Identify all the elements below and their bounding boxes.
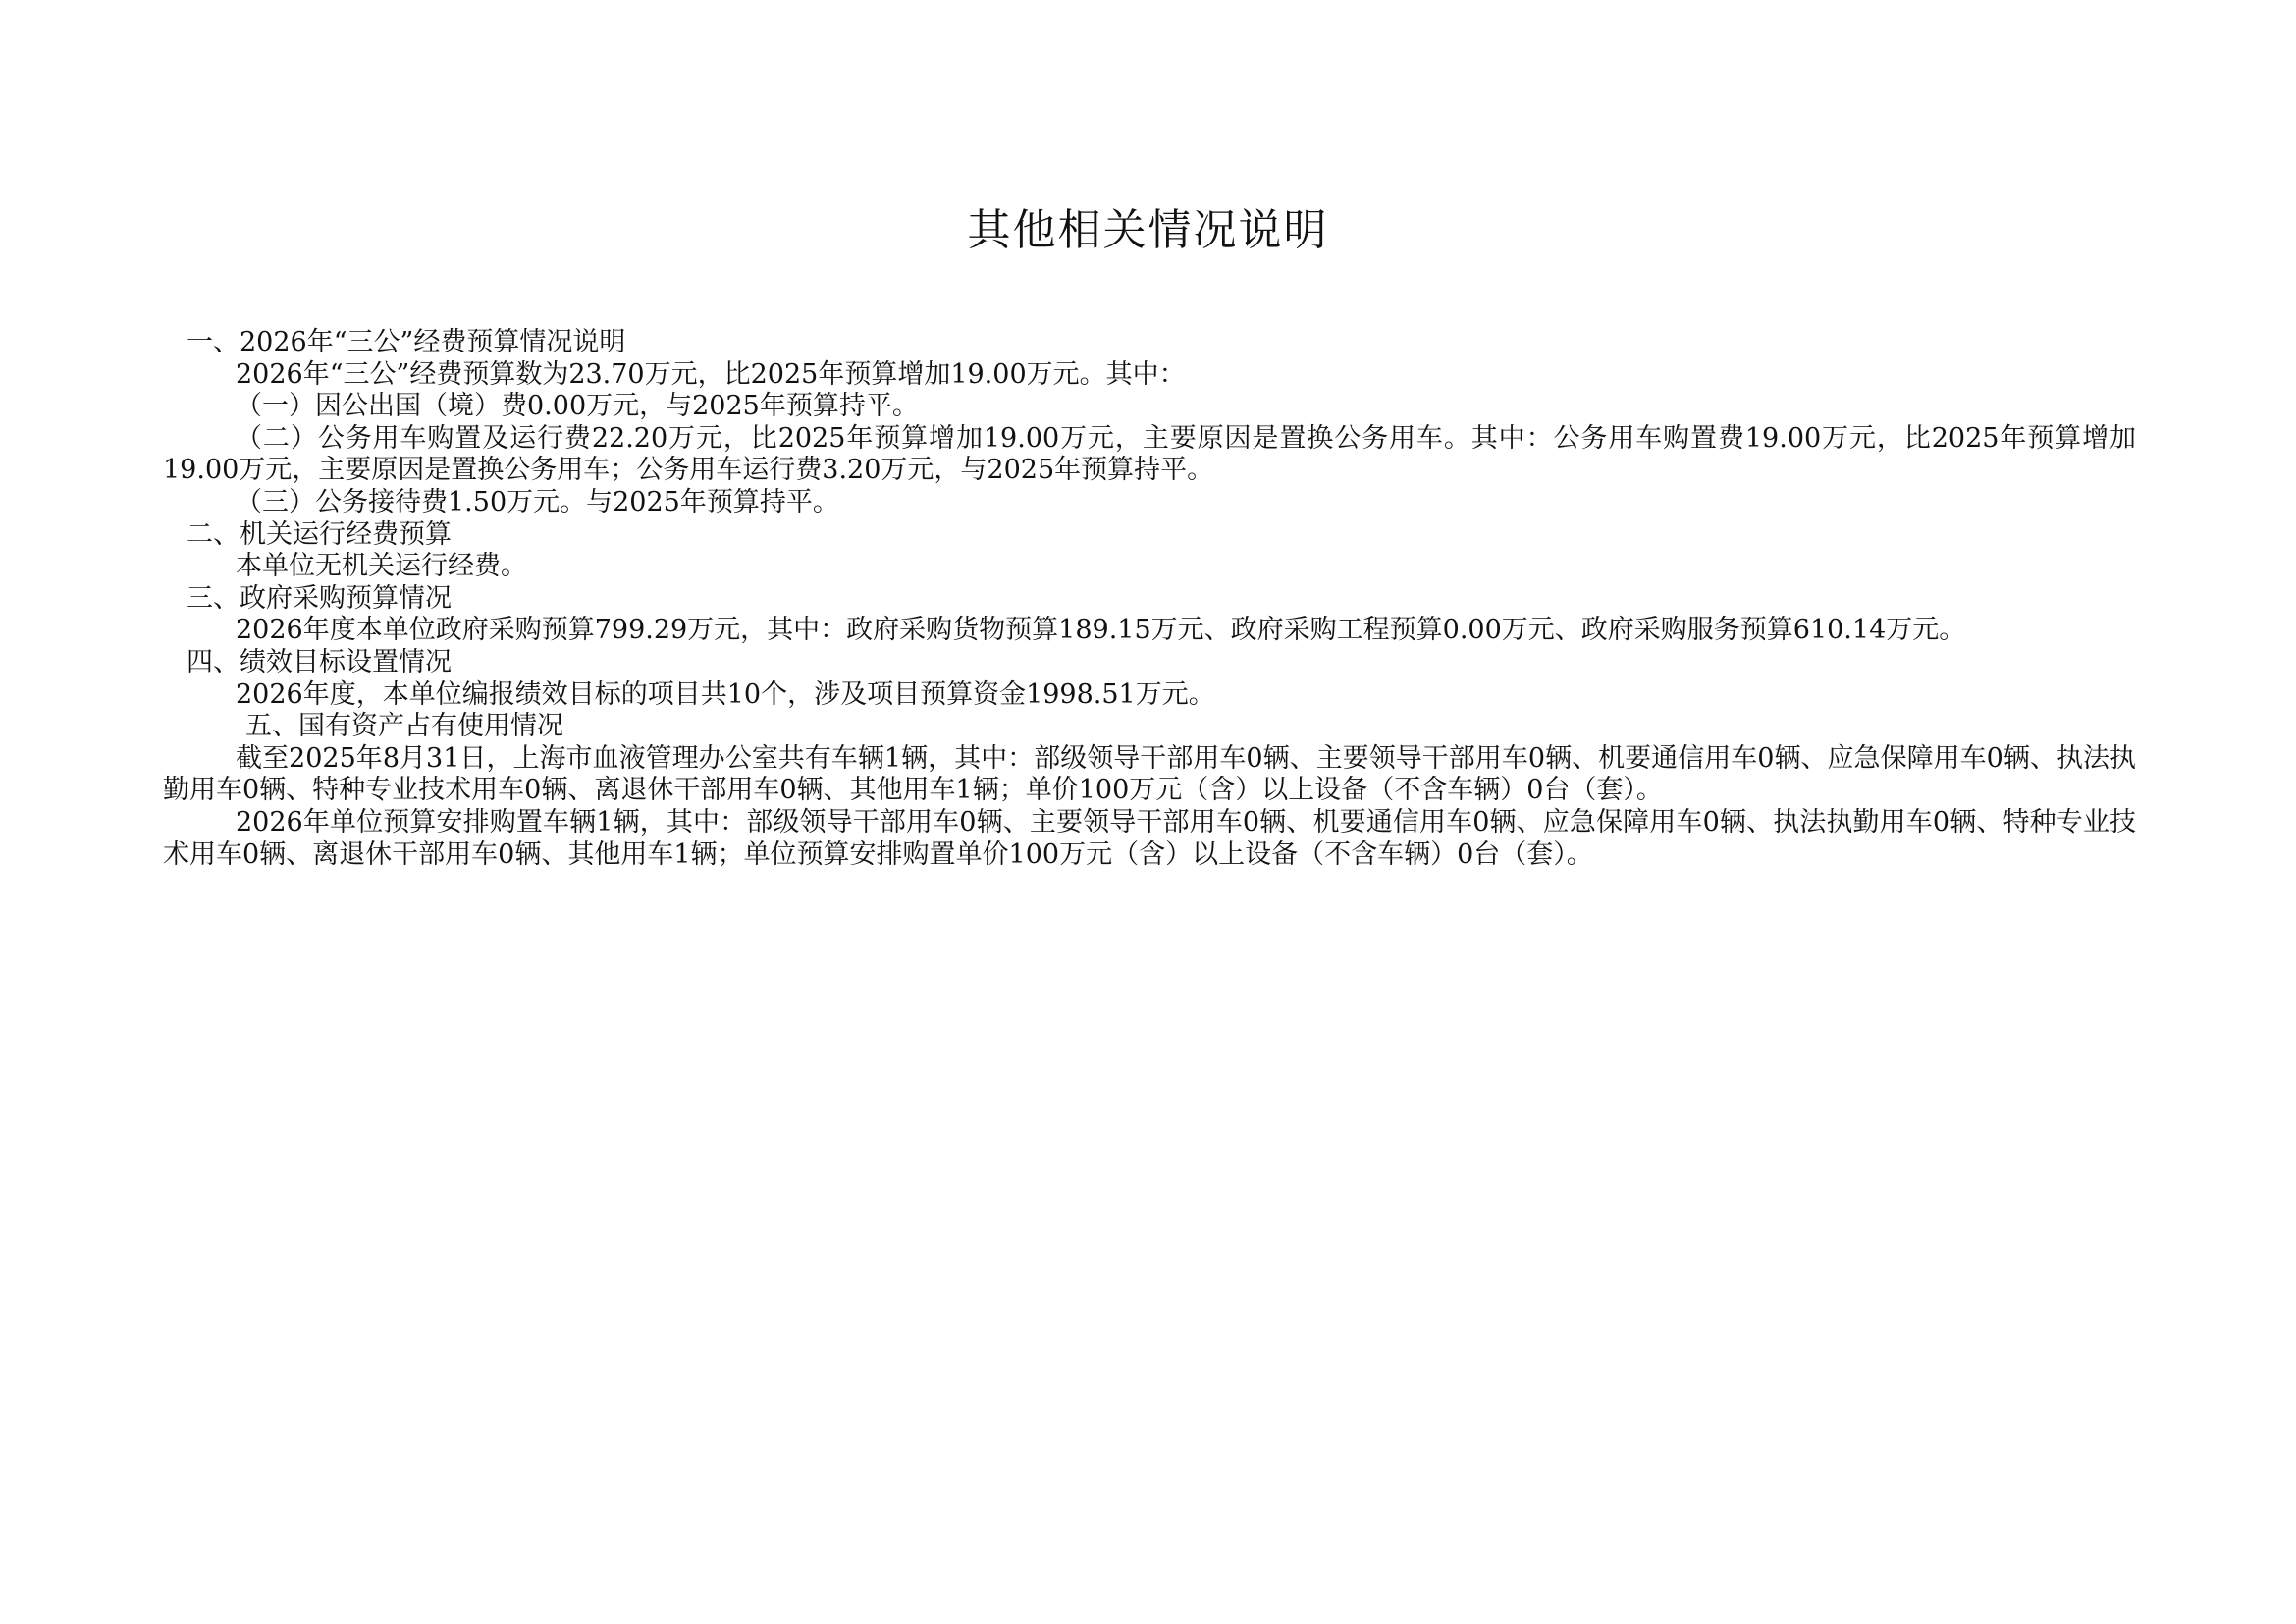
section-state-assets: 五、国有资产占有使用情况 截至2025年8月31日，上海市血液管理办公室共有车辆… [163, 711, 2136, 871]
section-heading: 二、机关运行经费预算 [163, 519, 2136, 552]
paragraph: 2026年度，本单位编报绩效目标的项目共10个，涉及项目预算资金1998.51万… [163, 679, 2136, 712]
paragraph: 2026年“三公”经费预算数为23.70万元，比2025年预算增加19.00万元… [163, 359, 2136, 392]
section-heading: 三、政府采购预算情况 [163, 583, 2136, 616]
document-body: 一、2026年“三公”经费预算情况说明 2026年“三公”经费预算数为23.70… [163, 327, 2136, 871]
section-heading: 一、2026年“三公”经费预算情况说明 [163, 327, 2136, 359]
page-title: 其他相关情况说明 [0, 201, 2296, 260]
section-three-public-expenses: 一、2026年“三公”经费预算情况说明 2026年“三公”经费预算数为23.70… [163, 327, 2136, 519]
section-operating-expenses: 二、机关运行经费预算 本单位无机关运行经费。 [163, 519, 2136, 583]
section-heading: 四、绩效目标设置情况 [163, 647, 2136, 679]
paragraph: （三）公务接待费1.50万元。与2025年预算持平。 [163, 487, 2136, 519]
section-heading: 五、国有资产占有使用情况 [163, 711, 2136, 743]
document-page: 其他相关情况说明 一、2026年“三公”经费预算情况说明 2026年“三公”经费… [0, 0, 2296, 1624]
section-government-procurement: 三、政府采购预算情况 2026年度本单位政府采购预算799.29万元，其中：政府… [163, 583, 2136, 647]
paragraph: 本单位无机关运行经费。 [163, 551, 2136, 583]
paragraph: 截至2025年8月31日，上海市血液管理办公室共有车辆1辆，其中：部级领导干部用… [163, 743, 2136, 807]
section-performance-targets: 四、绩效目标设置情况 2026年度，本单位编报绩效目标的项目共10个，涉及项目预… [163, 647, 2136, 711]
paragraph: 2026年度本单位政府采购预算799.29万元，其中：政府采购货物预算189.1… [163, 615, 2136, 647]
paragraph: （一）因公出国（境）费0.00万元，与2025年预算持平。 [163, 391, 2136, 423]
paragraph: 2026年单位预算安排购置车辆1辆，其中：部级领导干部用车0辆、主要领导干部用车… [163, 807, 2136, 871]
paragraph: （二）公务用车购置及运行费22.20万元，比2025年预算增加19.00万元，主… [163, 423, 2136, 487]
